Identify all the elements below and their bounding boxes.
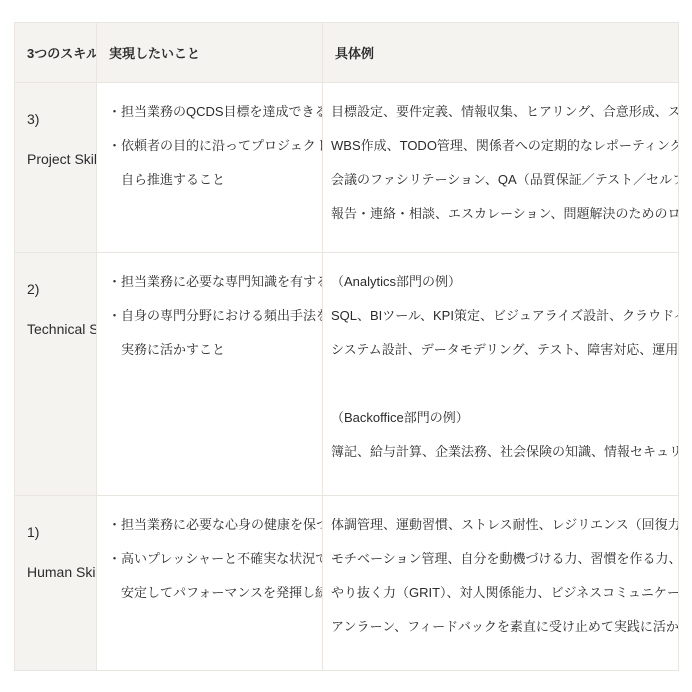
example-line: モチベーション管理、自分を動機づける力、習慣を作る力、職業倫理、 bbox=[331, 542, 674, 576]
skills-table-container: 3つのスキル 実現したいこと 具体例 3) Project Skill ・担当業… bbox=[14, 22, 678, 671]
skill-cell-technical: 2) Technical Skill bbox=[15, 253, 97, 496]
table-row-project-skill: 3) Project Skill ・担当業務のQCDS目標を達成できること ・依… bbox=[15, 83, 679, 253]
goal-cell-human: ・担当業務に必要な心身の健康を保つこと ・高いプレッシャーと不確実な状況で、 安… bbox=[97, 496, 323, 671]
goal-line: ・自身の専門分野における頻出手法を学び、 bbox=[108, 299, 316, 333]
goal-line: ・担当業務のQCDS目標を達成できること bbox=[108, 95, 316, 129]
header-cell-examples: 具体例 bbox=[323, 23, 679, 83]
example-line: 報告・連絡・相談、エスカレーション、問題解決のためのロジカルシンキング bbox=[331, 197, 674, 231]
example-line: 目標設定、要件定義、情報収集、ヒアリング、合意形成、スケジュール管理、 bbox=[331, 95, 674, 129]
example-group-analytics: （Analytics部門の例） SQL、BIツール、KPI策定、ビジュアライズ設… bbox=[331, 265, 674, 367]
skill-number: 2) bbox=[27, 269, 90, 309]
example-line: SQL、BIツール、KPI策定、ビジュアライズ設計、クラウドインフラ、 bbox=[331, 299, 674, 333]
header-cell-goals: 実現したいこと bbox=[97, 23, 323, 83]
table-row-human-skill: 1) Human Skill ・担当業務に必要な心身の健康を保つこと ・高いプレ… bbox=[15, 496, 679, 671]
goal-line: 安定してパフォーマンスを発揮し続けること bbox=[108, 576, 316, 610]
skill-name: Technical Skill bbox=[27, 309, 90, 349]
example-line: 体調管理、運動習慣、ストレス耐性、レジリエンス（回復力）、自己学習力、 bbox=[331, 508, 674, 542]
goal-cell-technical: ・担当業務に必要な専門知識を有すること ・自身の専門分野における頻出手法を学び、… bbox=[97, 253, 323, 496]
skill-name: Human Skill bbox=[27, 552, 90, 592]
goal-line: ・依頼者の目的に沿ってプロジェクトを定義し、 bbox=[108, 129, 316, 163]
goal-line: ・高いプレッシャーと不確実な状況で、 bbox=[108, 542, 316, 576]
goal-line: ・担当業務に必要な心身の健康を保つこと bbox=[108, 508, 316, 542]
skill-number: 1) bbox=[27, 512, 90, 552]
goal-line: 実務に活かすこと bbox=[108, 333, 316, 367]
table-row-technical-skill: 2) Technical Skill ・担当業務に必要な専門知識を有すること ・… bbox=[15, 253, 679, 496]
header-cell-skills: 3つのスキル bbox=[15, 23, 97, 83]
header-row: 3つのスキル 実現したいこと 具体例 bbox=[15, 23, 679, 83]
skill-cell-human: 1) Human Skill bbox=[15, 496, 97, 671]
example-cell-project: 目標設定、要件定義、情報収集、ヒアリング、合意形成、スケジュール管理、 WBS作… bbox=[323, 83, 679, 253]
example-group-title: （Backoffice部門の例） bbox=[331, 401, 674, 435]
example-group-backoffice: （Backoffice部門の例） 簿記、給与計算、企業法務、社会保険の知識、情報… bbox=[331, 401, 674, 469]
example-line: システム設計、データモデリング、テスト、障害対応、運用監視 bbox=[331, 333, 674, 367]
skill-name: Project Skill bbox=[27, 139, 90, 179]
example-line: やり抜く力（GRIT）、対人関係能力、ビジネスコミュニケーション、文章力、 bbox=[331, 576, 674, 610]
example-cell-technical: （Analytics部門の例） SQL、BIツール、KPI策定、ビジュアライズ設… bbox=[323, 253, 679, 496]
goal-line: 自ら推進すること bbox=[108, 163, 316, 197]
example-line: 簿記、給与計算、企業法務、社会保険の知識、情報セキュリティ bbox=[331, 435, 674, 469]
example-line: 会議のファシリテーション、QA（品質保証／テスト／セルフチェック）、 bbox=[331, 163, 674, 197]
example-line: WBS作成、TODO管理、関係者への定期的なレポーティング、会議メモ作成、 bbox=[331, 129, 674, 163]
example-cell-human: 体調管理、運動習慣、ストレス耐性、レジリエンス（回復力）、自己学習力、 モチベー… bbox=[323, 496, 679, 671]
skill-number: 3) bbox=[27, 99, 90, 139]
example-line: アンラーン、フィードバックを素直に受け止めて実践に活かす力 bbox=[331, 610, 674, 644]
skill-cell-project: 3) Project Skill bbox=[15, 83, 97, 253]
skills-table: 3つのスキル 実現したいこと 具体例 3) Project Skill ・担当業… bbox=[14, 22, 679, 671]
goal-line: ・担当業務に必要な専門知識を有すること bbox=[108, 265, 316, 299]
goal-cell-project: ・担当業務のQCDS目標を達成できること ・依頼者の目的に沿ってプロジェクトを定… bbox=[97, 83, 323, 253]
example-group-title: （Analytics部門の例） bbox=[331, 265, 674, 299]
